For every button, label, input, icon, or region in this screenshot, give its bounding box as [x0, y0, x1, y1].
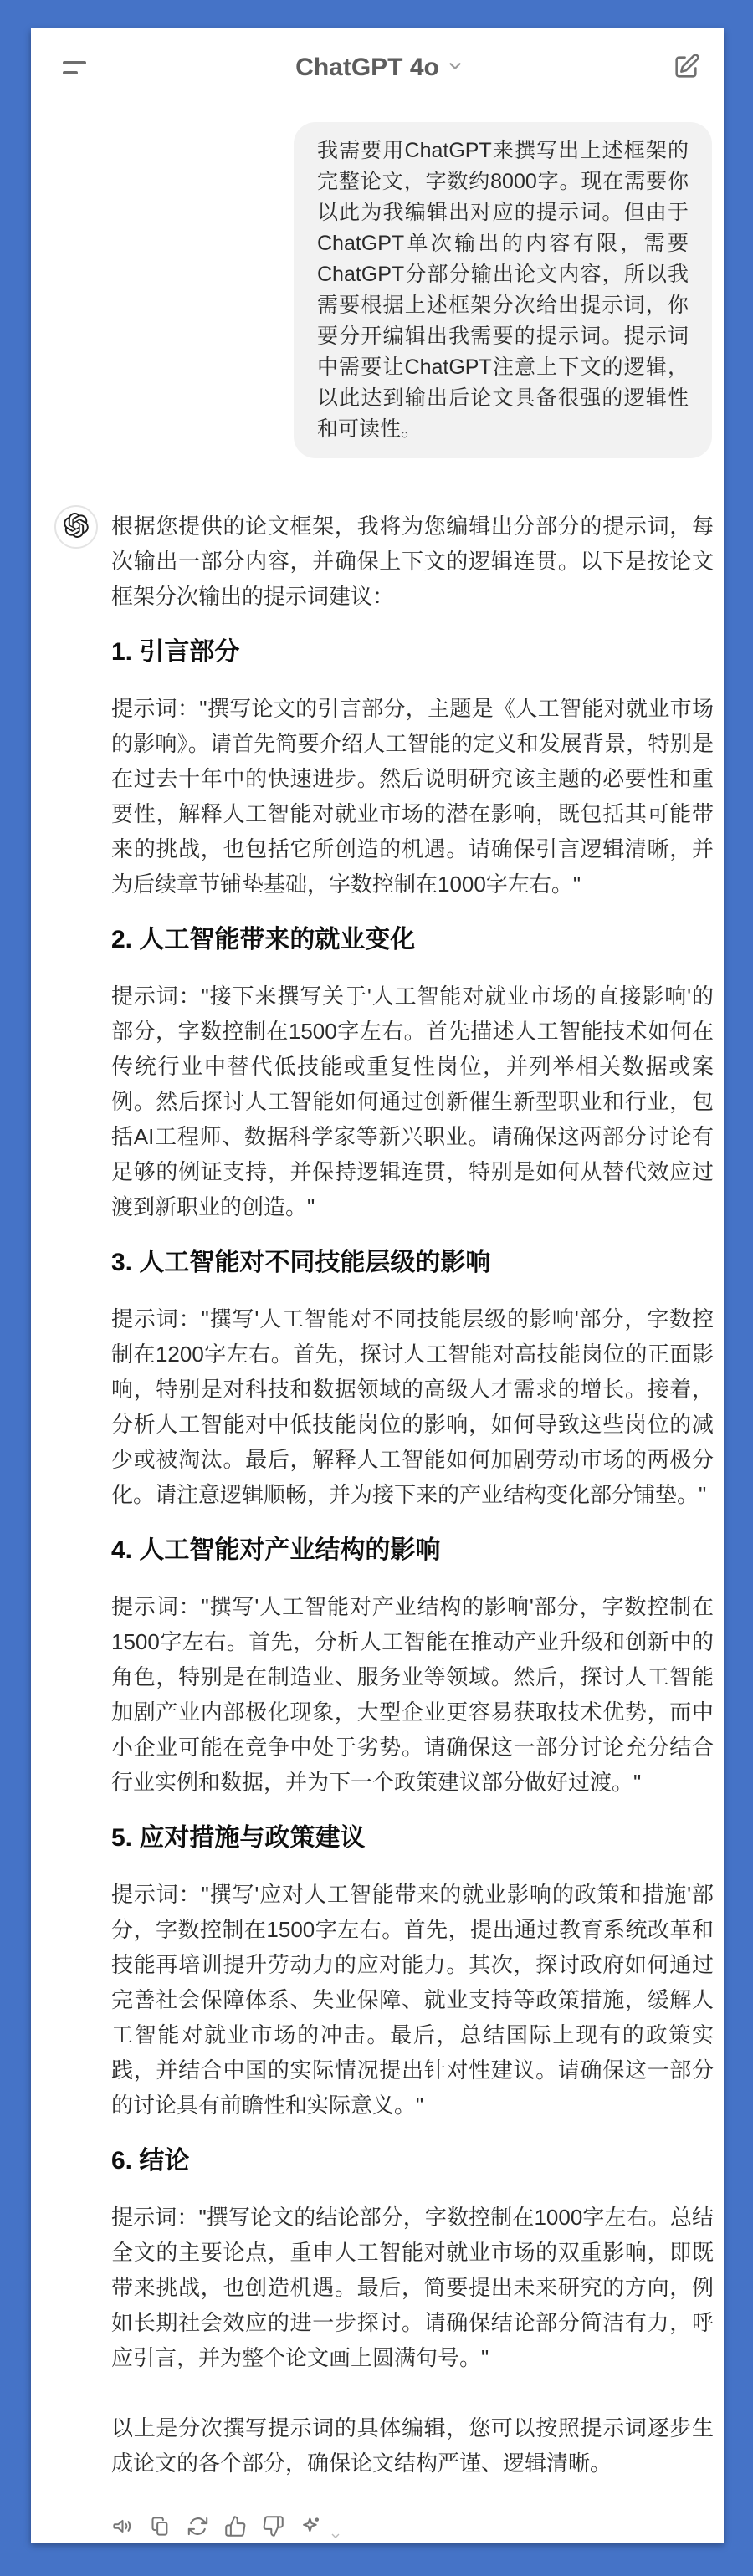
- new-chat-button[interactable]: [672, 53, 702, 83]
- section-body-4: 提示词："撰写'人工智能对产业结构的影响'部分，字数控制在1500字左右。首先，…: [111, 1589, 714, 1800]
- section-heading-2: 2. 人工智能带来的就业变化: [111, 923, 714, 957]
- assistant-message-row: 根据您提供的论文框架，我将为您编辑出分部分的提示词，每次输出一部分内容，并确保上…: [31, 458, 724, 2543]
- compose-icon: [672, 70, 700, 84]
- thumbs-up-icon[interactable]: [224, 2512, 247, 2535]
- regenerate-icon[interactable]: [187, 2512, 209, 2535]
- section-body-6: 提示词："撰写论文的结论部分，字数控制在1000字左右。总结全文的主要论点，重申…: [111, 2200, 714, 2375]
- model-switch-sparkle-icon[interactable]: [300, 2512, 322, 2535]
- assistant-message: 根据您提供的论文框架，我将为您编辑出分部分的提示词，每次输出一部分内容，并确保上…: [111, 505, 714, 2543]
- assistant-avatar: [54, 505, 98, 549]
- section-body-3: 提示词："撰写'人工智能对不同技能层级的影响'部分，字数控制在1200字左右。首…: [111, 1301, 714, 1512]
- section-body-1: 提示词："撰写论文的引言部分，主题是《人工智能对就业市场的影响》。请首先简要介绍…: [111, 691, 714, 902]
- user-message-bubble: 我需要用ChatGPT来撰写出上述框架的完整论文，字数约8000字。现在需要你以…: [294, 122, 712, 458]
- section-heading-1: 1. 引言部分: [111, 636, 714, 669]
- chevron-down-icon: [446, 54, 464, 82]
- section-heading-3: 3. 人工智能对不同技能层级的影响: [111, 1246, 714, 1280]
- read-aloud-icon[interactable]: [111, 2512, 134, 2535]
- assistant-intro: 根据您提供的论文框架，我将为您编辑出分部分的提示词，每次输出一部分内容，并确保上…: [111, 509, 714, 614]
- model-selector[interactable]: ChatGPT 4o: [88, 54, 672, 82]
- chevron-down-icon[interactable]: [329, 2517, 342, 2531]
- section-body-5: 提示词："撰写'应对人工智能带来的就业影响的政策和措施'部分，字数控制在1500…: [111, 1877, 714, 2123]
- copy-icon[interactable]: [149, 2512, 172, 2535]
- sidebar-toggle-icon[interactable]: [63, 61, 88, 74]
- user-message-row: 我需要用ChatGPT来撰写出上述框架的完整论文，字数约8000字。现在需要你以…: [31, 95, 724, 458]
- thumbs-down-icon[interactable]: [262, 2512, 284, 2535]
- section-heading-6: 6. 结论: [111, 2144, 714, 2178]
- page-title: ChatGPT 4o: [295, 54, 439, 82]
- section-body-2: 提示词："接下来撰写关于'人工智能对就业市场的直接影响'的部分，字数控制在150…: [111, 979, 714, 1224]
- chat-window: ChatGPT 4o 我需要用ChatGPT来撰写出上述框架的完整论文，字数约8…: [31, 28, 724, 2543]
- openai-logo-icon: [64, 513, 89, 542]
- response-toolbar: [111, 2512, 714, 2543]
- assistant-closing: 以上是分次撰写提示词的具体编辑，您可以按照提示词逐步生成论文的各个部分，确保论文…: [111, 2410, 714, 2481]
- section-heading-4: 4. 人工智能对产业结构的影响: [111, 1534, 714, 1567]
- section-heading-5: 5. 应对措施与政策建议: [111, 1822, 714, 1855]
- header: ChatGPT 4o: [31, 28, 724, 95]
